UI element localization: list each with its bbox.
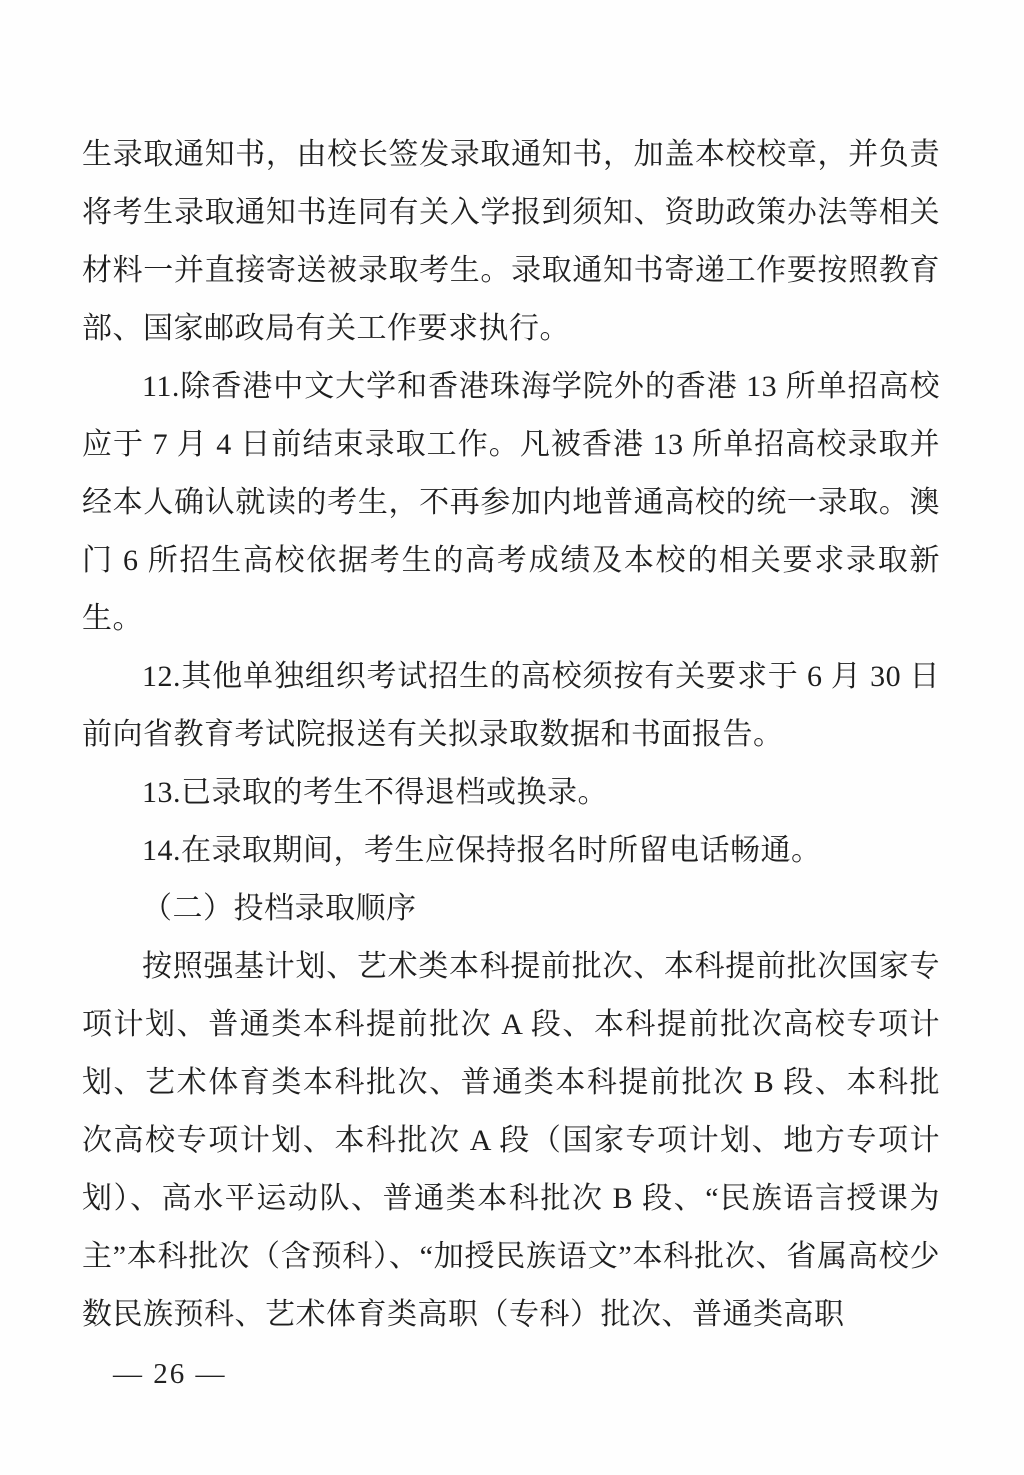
paragraph-item-12: 12.其他单独组织考试招生的高校须按有关要求于 6 月 30 日前向省教育考试院… [82,648,940,764]
paragraph-admission-order: 按照强基计划、艺术类本科提前批次、本科提前批次国家专项计划、普通类本科提前批次 … [82,938,940,1344]
document-body: 生录取通知书，由校长签发录取通知书，加盖本校校章，并负责将考生录取通知书连同有关… [82,126,940,1344]
section-heading: （二）投档录取顺序 [82,880,940,938]
page-number: — 26 — [113,1352,227,1396]
paragraph-item-13: 13.已录取的考生不得退档或换录。 [82,764,940,822]
paragraph-continuation: 生录取通知书，由校长签发录取通知书，加盖本校校章，并负责将考生录取通知书连同有关… [82,126,940,358]
document-page: 生录取通知书，由校长签发录取通知书，加盖本校校章，并负责将考生录取通知书连同有关… [0,0,1024,1475]
paragraph-item-11: 11.除香港中文大学和香港珠海学院外的香港 13 所单招高校应于 7 月 4 日… [82,358,940,648]
paragraph-item-14: 14.在录取期间，考生应保持报名时所留电话畅通。 [82,822,940,880]
